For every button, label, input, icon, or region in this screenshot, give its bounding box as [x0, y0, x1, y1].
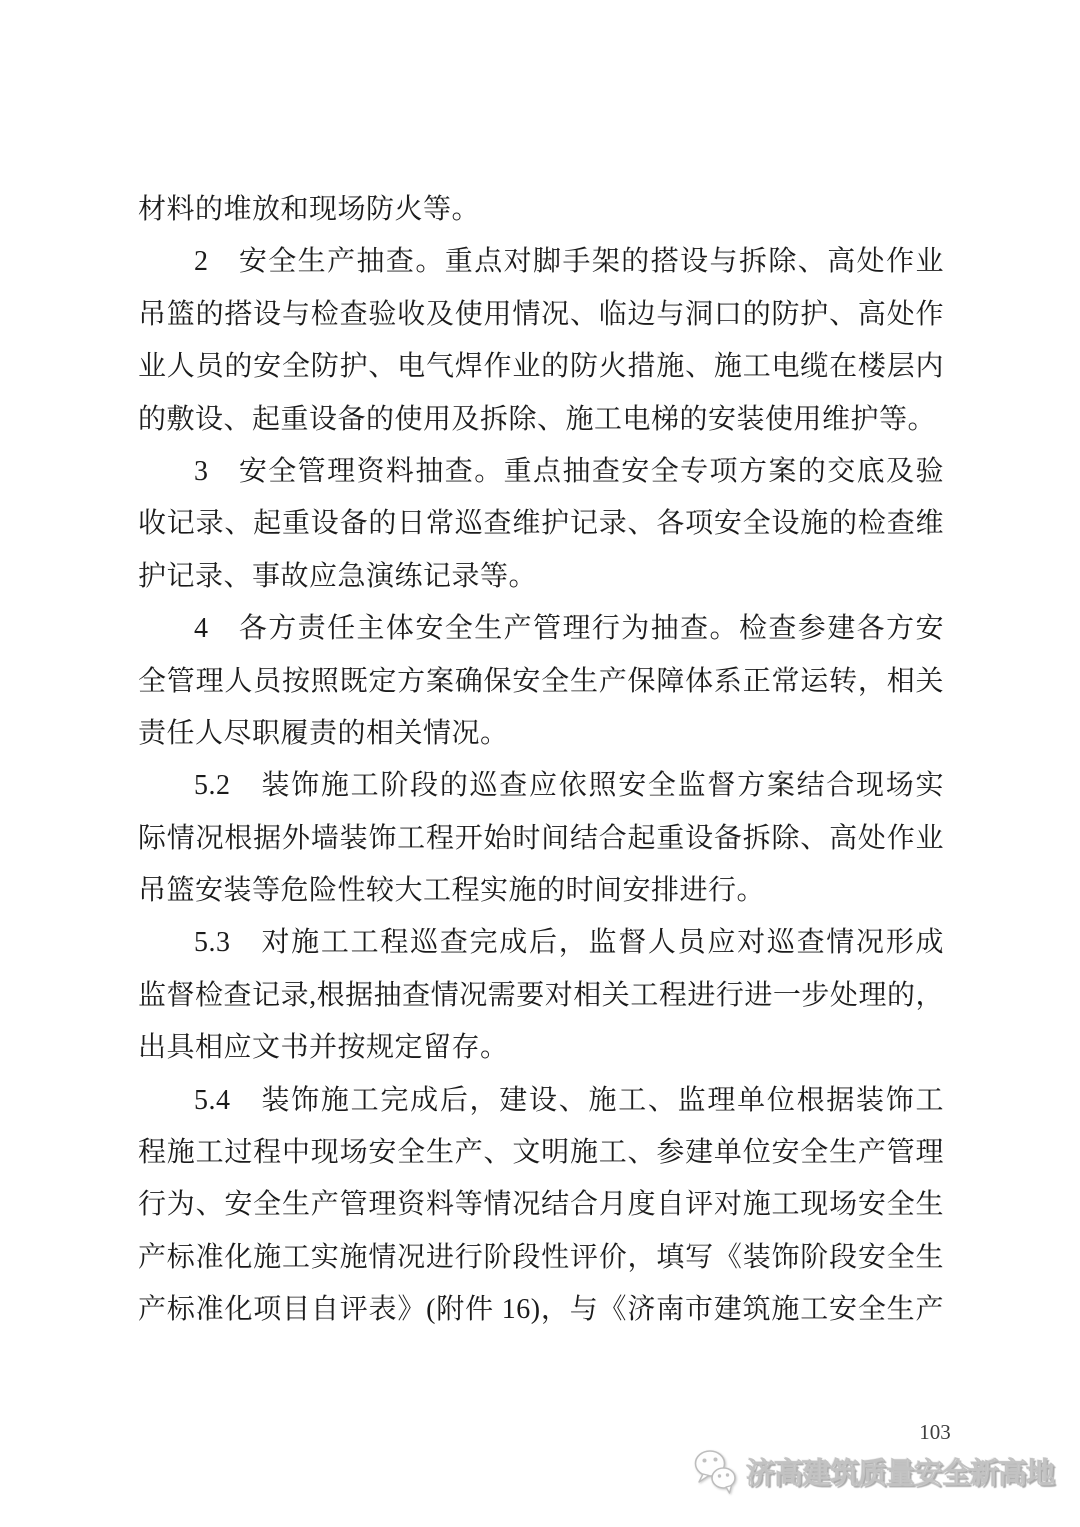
page-number: 103 — [903, 1420, 967, 1445]
text-line: 3 安全管理资料抽查。重点抽查安全专项方案的交底及验 — [138, 446, 944, 498]
text-line: 际情况根据外墙装饰工程开始时间结合起重设备拆除、高处作业 — [138, 813, 944, 865]
text-line: 业人员的安全防护、电气焊作业的防火措施、施工电缆在楼层内 — [138, 341, 944, 393]
text-line: 2 安全生产抽查。重点对脚手架的搭设与拆除、高处作业 — [138, 236, 944, 288]
text-line: 出具相应文书并按规定留存。 — [138, 1022, 944, 1074]
text-line: 产标准化项目自评表》(附件 16)，与《济南市建筑施工安全生产 — [138, 1284, 944, 1336]
text-line: 程施工过程中现场安全生产、文明施工、参建单位安全生产管理 — [138, 1127, 944, 1179]
text-line: 全管理人员按照既定方案确保安全生产保障体系正常运转，相关 — [138, 656, 944, 708]
text-line: 吊篮的搭设与检查验收及使用情况、临边与洞口的防护、高处作 — [138, 289, 944, 341]
wechat-logo-icon — [693, 1448, 737, 1494]
text-line: 收记录、起重设备的日常巡查维护记录、各项安全设施的检查维 — [138, 498, 944, 550]
text-line: 护记录、事故应急演练记录等。 — [138, 551, 944, 603]
text-line: 5.2 装饰施工阶段的巡查应依照安全监督方案结合现场实 — [138, 760, 944, 812]
text-line: 5.3 对施工工程巡查完成后，监督人员应对巡查情况形成 — [138, 917, 944, 969]
watermark-text: 济高建筑质量安全新高地 — [746, 1451, 1054, 1492]
text-line: 4 各方责任主体安全生产管理行为抽查。检查参建各方安 — [138, 603, 944, 655]
text-line: 监督检查记录,根据抽查情况需要对相关工程进行进一步处理的， — [138, 970, 944, 1022]
text-line: 吊篮安装等危险性较大工程实施的时间安排进行。 — [138, 865, 944, 917]
text-line: 责任人尽职履责的相关情况。 — [138, 708, 944, 760]
text-line: 材料的堆放和现场防火等。 — [138, 184, 944, 236]
text-line: 的敷设、起重设备的使用及拆除、施工电梯的安装使用维护等。 — [138, 394, 944, 446]
document-page: 材料的堆放和现场防火等。2 安全生产抽查。重点对脚手架的搭设与拆除、高处作业吊篮… — [0, 0, 1080, 1527]
text-line: 5.4 装饰施工完成后，建设、施工、监理单位根据装饰工 — [138, 1075, 944, 1127]
text-line: 产标准化施工实施情况进行阶段性评价，填写《装饰阶段安全生 — [138, 1232, 944, 1284]
text-line: 行为、安全生产管理资料等情况结合月度自评对施工现场安全生 — [138, 1179, 944, 1231]
watermark: 济高建筑质量安全新高地 — [693, 1448, 1054, 1494]
document-body: 材料的堆放和现场防火等。2 安全生产抽查。重点对脚手架的搭设与拆除、高处作业吊篮… — [138, 184, 944, 1337]
